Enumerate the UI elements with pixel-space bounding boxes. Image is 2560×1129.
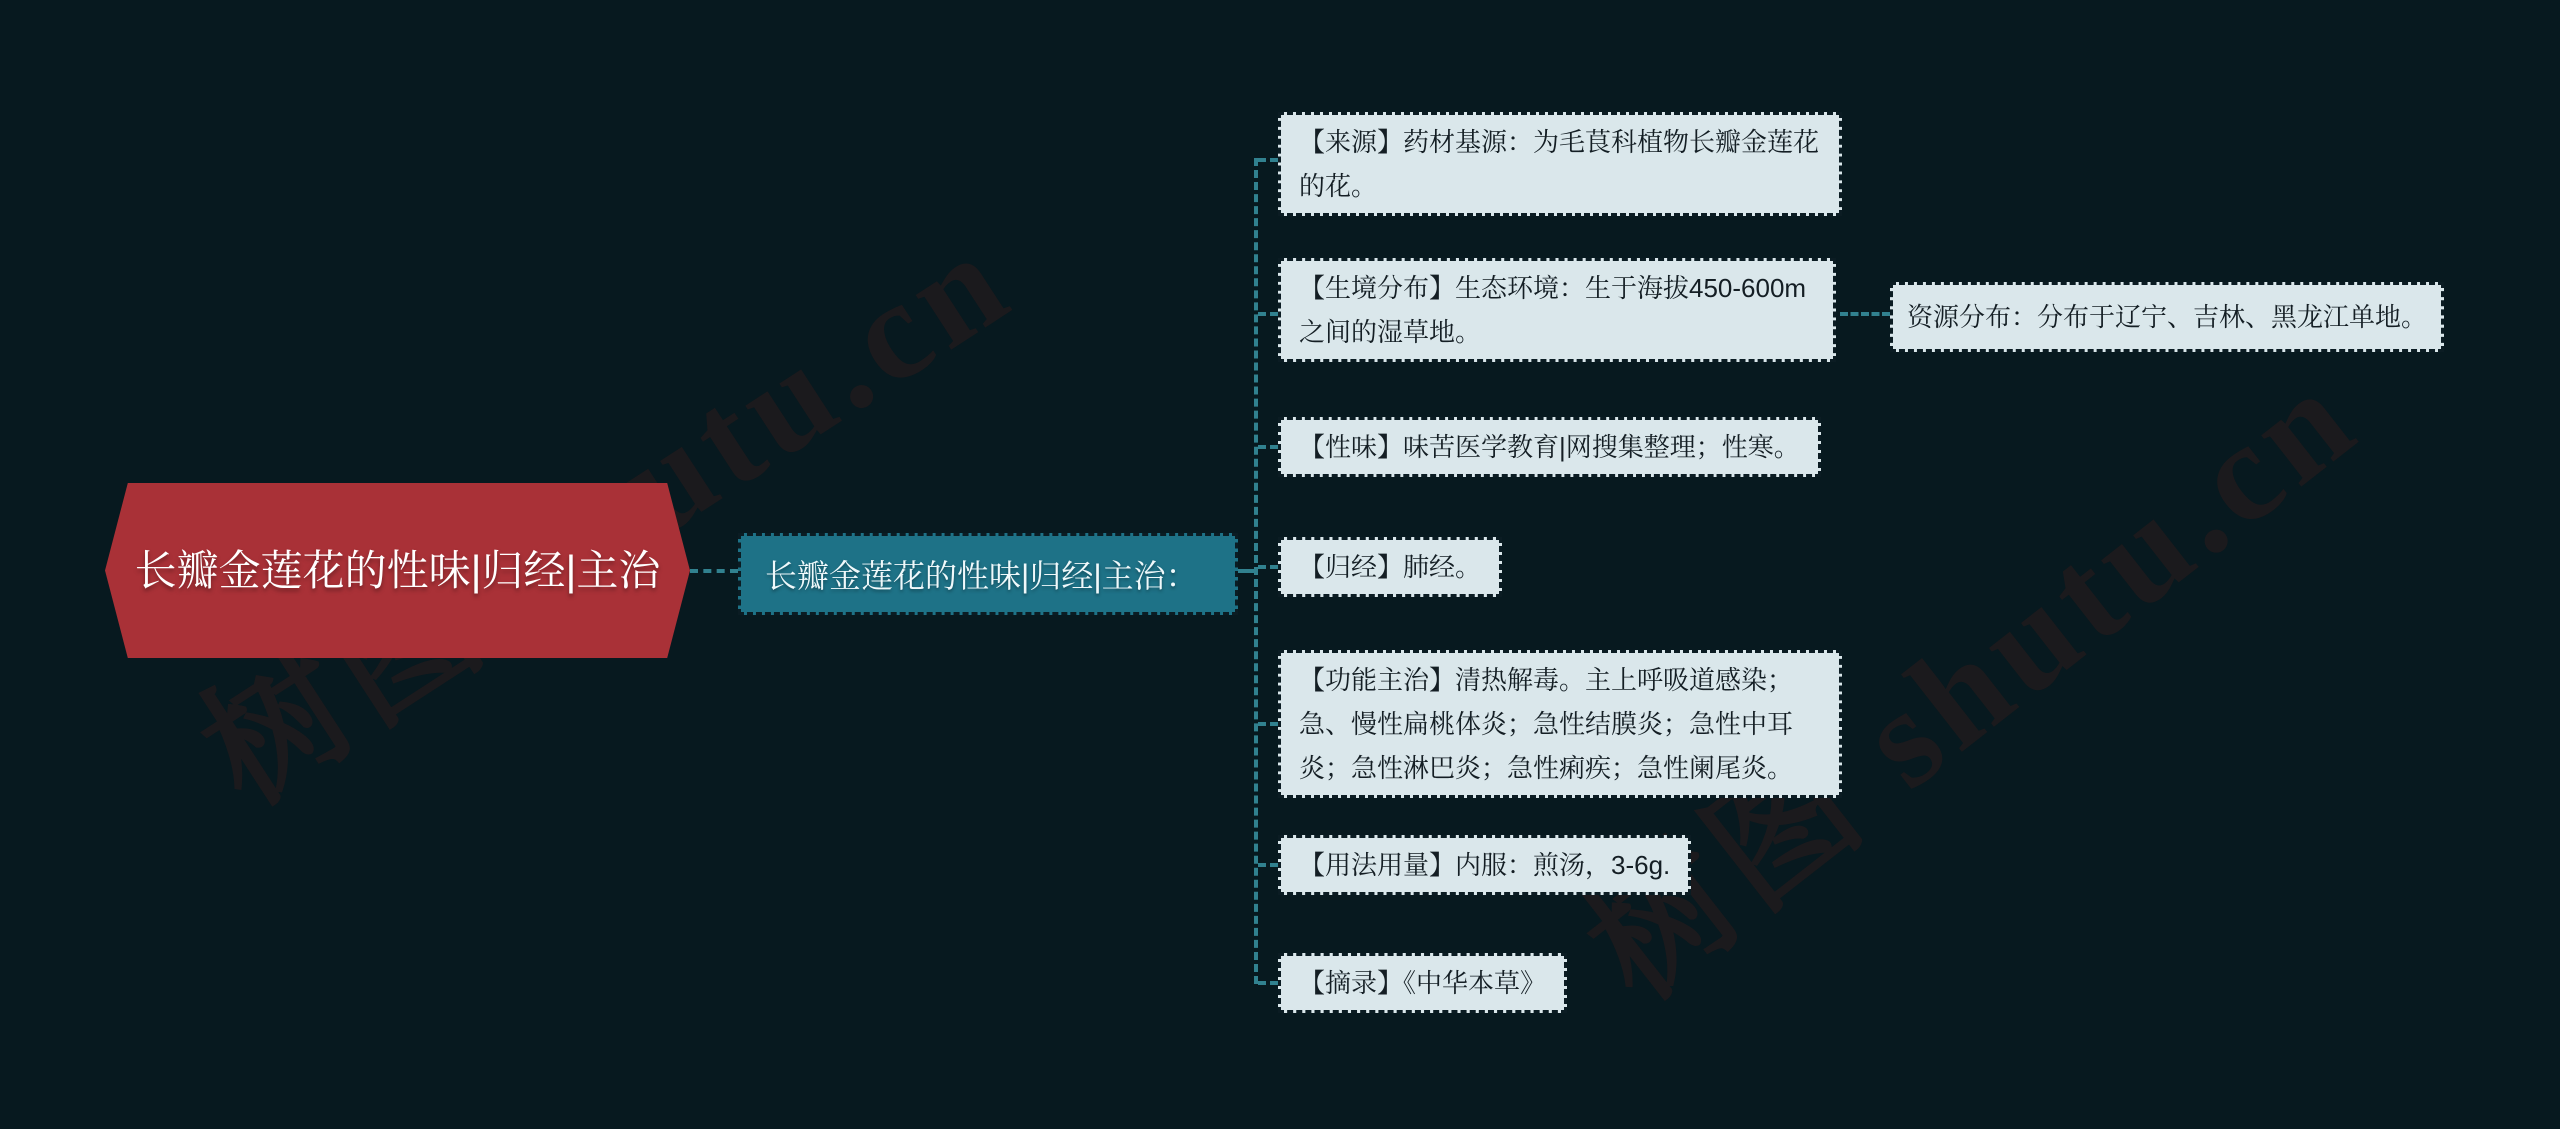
branch-node-shengjing[interactable]: 【生境分布】生态环境：生于海拔450-600m之间的湿草地。 [1278, 258, 1836, 362]
connector-shengjing-to-ziyuan [1840, 312, 1890, 316]
branch-node-yongfa[interactable]: 【用法用量】内服：煎汤，3-6g. [1278, 835, 1691, 895]
connector-trunk-line [1254, 158, 1258, 984]
branch-node-gongneng[interactable]: 【功能主治】清热解毒。主上呼吸道感染；急、慢性扁桃体炎；急性结膜炎；急性中耳炎；… [1278, 650, 1842, 798]
root-node-label: 长瓣金莲花的性味|归经|主治 [135, 540, 661, 602]
connector-stub-shengjing [1258, 312, 1278, 316]
connector-root-to-center [690, 569, 738, 573]
connector-center-to-trunk [1238, 569, 1254, 573]
branch-node-xingwei[interactable]: 【性味】味苦医学教育|网搜集整理；性寒。 [1278, 417, 1821, 477]
connector-stub-yongfa [1258, 863, 1278, 867]
branch-node-zhailu[interactable]: 【摘录】《中华本草》 [1278, 953, 1567, 1013]
center-node-label: 长瓣金莲花的性味|归经|主治： [765, 551, 1198, 597]
connector-stub-xingwei [1258, 445, 1278, 449]
connector-stub-guijing [1258, 565, 1278, 569]
connector-stub-gongneng [1258, 722, 1278, 726]
mindmap-canvas: 树图 shutu.cn 树图 shutu.cn 长瓣金莲花的性味|归经|主治 长… [0, 0, 2560, 1129]
branch-node-guijing[interactable]: 【归经】肺经。 [1278, 537, 1502, 597]
center-node[interactable]: 长瓣金莲花的性味|归经|主治： [738, 533, 1238, 615]
branch-node-laiyuan[interactable]: 【来源】药材基源：为毛茛科植物长瓣金莲花的花。 [1278, 112, 1842, 216]
sub-branch-node-ziyuanfenbu[interactable]: 资源分布：分布于辽宁、吉林、黑龙江单地。 [1890, 282, 2444, 352]
connector-stub-laiyuan [1258, 158, 1278, 162]
root-node[interactable]: 长瓣金莲花的性味|归经|主治 [105, 483, 690, 658]
connector-stub-zhailu [1258, 981, 1278, 985]
